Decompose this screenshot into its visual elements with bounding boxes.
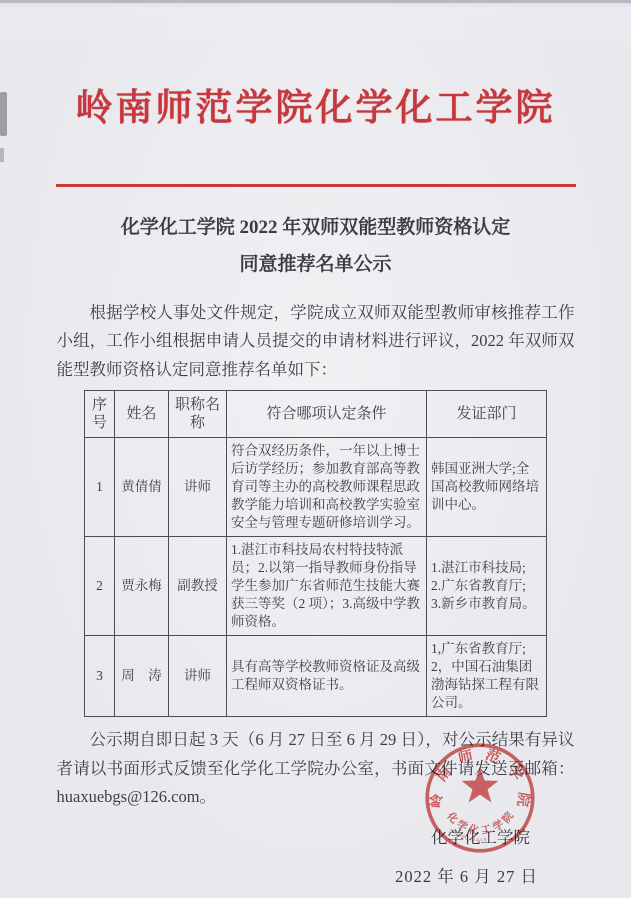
signature-block: 化学化工学院 2022 年 6 月 27 日 (0, 824, 578, 887)
document-title-line2: 同意推荐名单公示 (0, 246, 631, 283)
document-title: 化学化工学院 2022 年双师双能型教师资格认定 同意推荐名单公示 (0, 209, 631, 283)
cell-no: 2 (85, 537, 115, 636)
issuer-line: 韩国亚洲大学;全国高校教师网络培训中心。 (431, 460, 542, 514)
issuer-line: 3.新乡市教育局。 (431, 595, 542, 613)
cell-issuer: 1,广东省教育厅; 2，中国石油集团渤海钻探工程有限公司。 (427, 636, 547, 717)
cell-condition: 1.湛江市科技局农村特技特派员；2.以第一指导教师身份指导学生参加广东省师范生技… (227, 537, 427, 636)
closing-paragraph: 公示期自即日起 3 天（6 月 27 日至 6 月 29 日），对公示结果有异议… (57, 726, 575, 812)
table-header-row: 序号 姓名 职称名称 符合哪项认定条件 发证部门 (85, 391, 547, 438)
issuer-line: 1.湛江市科技局; (431, 559, 542, 577)
cell-name: 黄倩倩 (115, 438, 169, 537)
issuer-line: 1,广东省教育厅; (431, 640, 542, 658)
scanned-document-page: 岭南师范学院化学化工学院 化学化工学院 2022 年双师双能型教师资格认定 同意… (0, 0, 631, 898)
col-header-no: 序号 (85, 391, 115, 438)
cell-title: 讲师 (169, 438, 227, 537)
letterhead-divider-line (56, 184, 576, 187)
signature-date: 2022 年 6 月 27 日 (0, 863, 578, 887)
document-title-line1: 化学化工学院 2022 年双师双能型教师资格认定 (0, 209, 631, 246)
col-header-title: 职称名称 (169, 391, 227, 438)
cell-no: 1 (85, 438, 115, 537)
letterhead-title: 岭南师范学院化学化工学院 (0, 0, 631, 134)
col-header-name: 姓名 (115, 391, 169, 438)
scan-smudge (0, 148, 4, 162)
scan-smudge (0, 92, 7, 136)
cell-issuer: 韩国亚洲大学;全国高校教师网络培训中心。 (427, 438, 547, 537)
intro-paragraph: 根据学校人事处文件规定，学院成立双师双能型教师审核推荐工作小组，工作小组根据申请… (57, 299, 575, 385)
cell-title: 讲师 (169, 636, 227, 717)
table-row: 1 黄倩倩 讲师 符合双经历条件，一年以上博士后访学经历；参加教育部高等教育司等… (85, 438, 547, 537)
col-header-issuer: 发证部门 (427, 391, 547, 438)
cell-title: 副教授 (169, 537, 227, 636)
recommendation-table: 序号 姓名 职称名称 符合哪项认定条件 发证部门 1 黄倩倩 讲师 符合双经历条… (84, 390, 547, 717)
scan-edge (0, 0, 631, 3)
cell-name: 贾永梅 (115, 537, 169, 636)
cell-condition: 符合双经历条件，一年以上博士后访学经历；参加教育部高等教育司等主办的高校教师课程… (227, 438, 427, 537)
col-header-condition: 符合哪项认定条件 (227, 391, 427, 438)
table-row: 3 周 涛 讲师 具有高等学校教师资格证及高级工程师双资格证书。 1,广东省教育… (85, 636, 547, 717)
cell-name: 周 涛 (115, 636, 169, 717)
cell-condition: 具有高等学校教师资格证及高级工程师双资格证书。 (227, 636, 427, 717)
table-row: 2 贾永梅 副教授 1.湛江市科技局农村特技特派员；2.以第一指导教师身份指导学… (85, 537, 547, 636)
issuer-line: 2，中国石油集团渤海钻探工程有限公司。 (431, 658, 542, 712)
signature-department: 化学化工学院 (0, 824, 578, 848)
issuer-line: 2.广东省教育厅; (431, 577, 542, 595)
cell-issuer: 1.湛江市科技局; 2.广东省教育厅; 3.新乡市教育局。 (427, 537, 547, 636)
cell-no: 3 (85, 636, 115, 717)
